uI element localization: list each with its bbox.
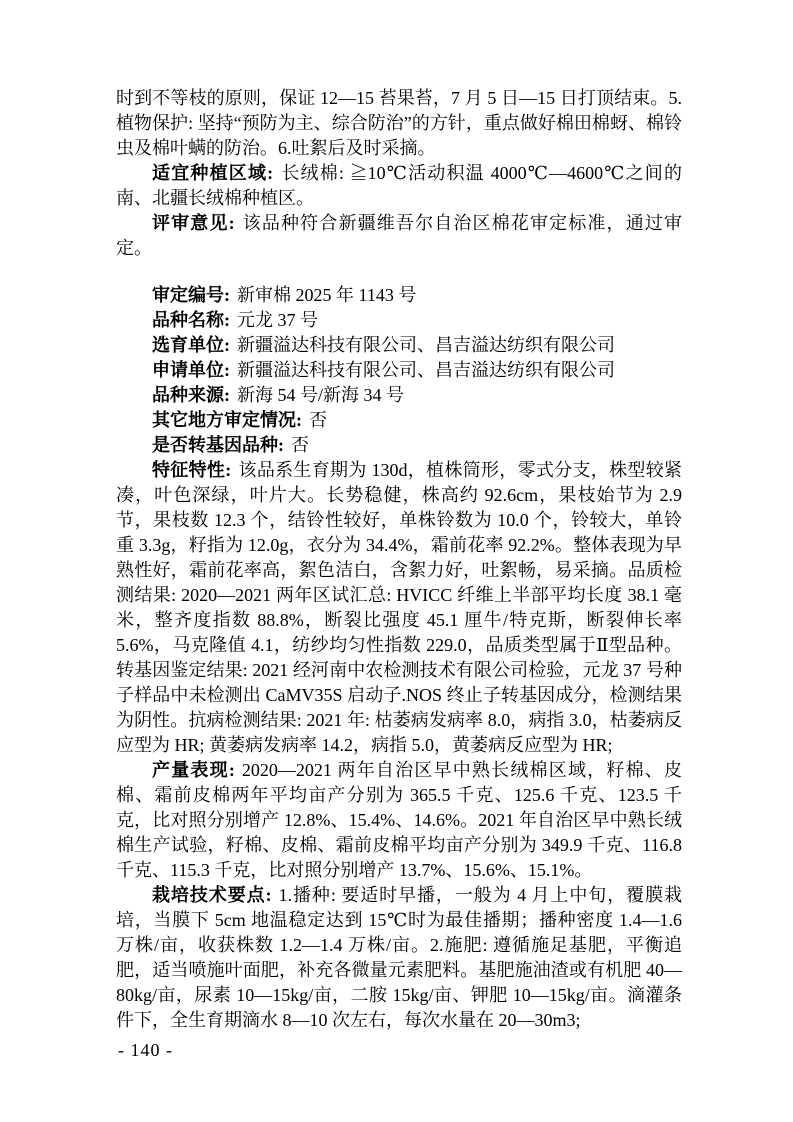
paragraph-yield-performance: 产量表现:2020—2021 两年自治区早中熟长绒棉区域，籽棉、皮棉、霜前皮棉两… — [116, 758, 682, 883]
field-approval-number-text: 新审棉 2025 年 1143 号 — [237, 285, 416, 305]
paragraph-cultivation-techniques-label: 栽培技术要点: — [152, 885, 272, 905]
field-variety-name: 品种名称:元龙 37 号 — [116, 308, 682, 333]
paragraph-review-opinion-label: 评审意见: — [152, 213, 235, 233]
document-body: 时到不等枝的原则，保证 12—15 苔果苔，7 月 5 日—15 日打顶结束。5… — [116, 86, 682, 1033]
field-applicant-unit-text: 新疆溢达科技有限公司、昌吉溢达纺织有限公司 — [237, 360, 615, 380]
paragraph-characteristics-text: 该品系生育期为 130d，植株筒形，零式分支，株型较紧凑，叶色深绿，叶片大。长势… — [116, 460, 682, 755]
paragraph-cultivation-continuation: 时到不等枝的原则，保证 12—15 苔果苔，7 月 5 日—15 日打顶结束。5… — [116, 86, 682, 161]
field-variety-source-text: 新海 54 号/新海 34 号 — [237, 385, 404, 405]
paragraph-suitable-regions: 适宜种植区域:长绒棉: ≧10℃活动积温 4000℃—4600℃之间的南、北疆长… — [116, 161, 682, 211]
paragraph-characteristics: 特征特性:该品系生育期为 130d，植株筒形，零式分支，株型较紧凑，叶色深绿，叶… — [116, 458, 682, 758]
paragraph-yield-performance-label: 产量表现: — [152, 760, 235, 780]
paragraph-cultivation-continuation-text: 时到不等枝的原则，保证 12—15 苔果苔，7 月 5 日—15 日打顶结束。5… — [116, 88, 682, 158]
paragraph-cultivation-techniques-text: 1.播种: 要适时早播，一般为 4 月上中旬，覆膜栽培，当膜下 5cm 地温稳定… — [116, 885, 682, 1030]
field-breeding-unit-label: 选育单位: — [152, 335, 230, 355]
page-number: - 140 - — [118, 1038, 173, 1063]
paragraph-characteristics-label: 特征特性: — [152, 460, 231, 480]
field-other-region-approval: 其它地方审定情况:否 — [116, 408, 682, 433]
field-applicant-unit: 申请单位:新疆溢达科技有限公司、昌吉溢达纺织有限公司 — [116, 358, 682, 383]
field-approval-number-label: 审定编号: — [152, 285, 230, 305]
field-variety-source: 品种来源:新海 54 号/新海 34 号 — [116, 383, 682, 408]
field-other-region-approval-label: 其它地方审定情况: — [152, 410, 302, 430]
field-is-transgenic-label: 是否转基因品种: — [152, 435, 284, 455]
field-variety-name-text: 元龙 37 号 — [237, 310, 318, 330]
field-variety-source-label: 品种来源: — [152, 385, 230, 405]
field-breeding-unit: 选育单位:新疆溢达科技有限公司、昌吉溢达纺织有限公司 — [116, 333, 682, 358]
paragraph-suitable-regions-label: 适宜种植区域: — [152, 163, 273, 183]
field-other-region-approval-text: 否 — [309, 410, 327, 430]
document-page: 时到不等枝的原则，保证 12—15 苔果苔，7 月 5 日—15 日打顶结束。5… — [0, 0, 793, 1122]
field-applicant-unit-label: 申请单位: — [152, 360, 230, 380]
field-is-transgenic-text: 否 — [291, 435, 309, 455]
field-is-transgenic: 是否转基因品种:否 — [116, 433, 682, 458]
field-variety-name-label: 品种名称: — [152, 310, 230, 330]
field-breeding-unit-text: 新疆溢达科技有限公司、昌吉溢达纺织有限公司 — [237, 335, 615, 355]
field-approval-number: 审定编号:新审棉 2025 年 1143 号 — [116, 283, 682, 308]
paragraph-review-opinion: 评审意见:该品种符合新疆维吾尔自治区棉花审定标准，通过审定。 — [116, 211, 682, 261]
paragraph-cultivation-techniques: 栽培技术要点:1.播种: 要适时早播，一般为 4 月上中旬，覆膜栽培，当膜下 5… — [116, 883, 682, 1033]
